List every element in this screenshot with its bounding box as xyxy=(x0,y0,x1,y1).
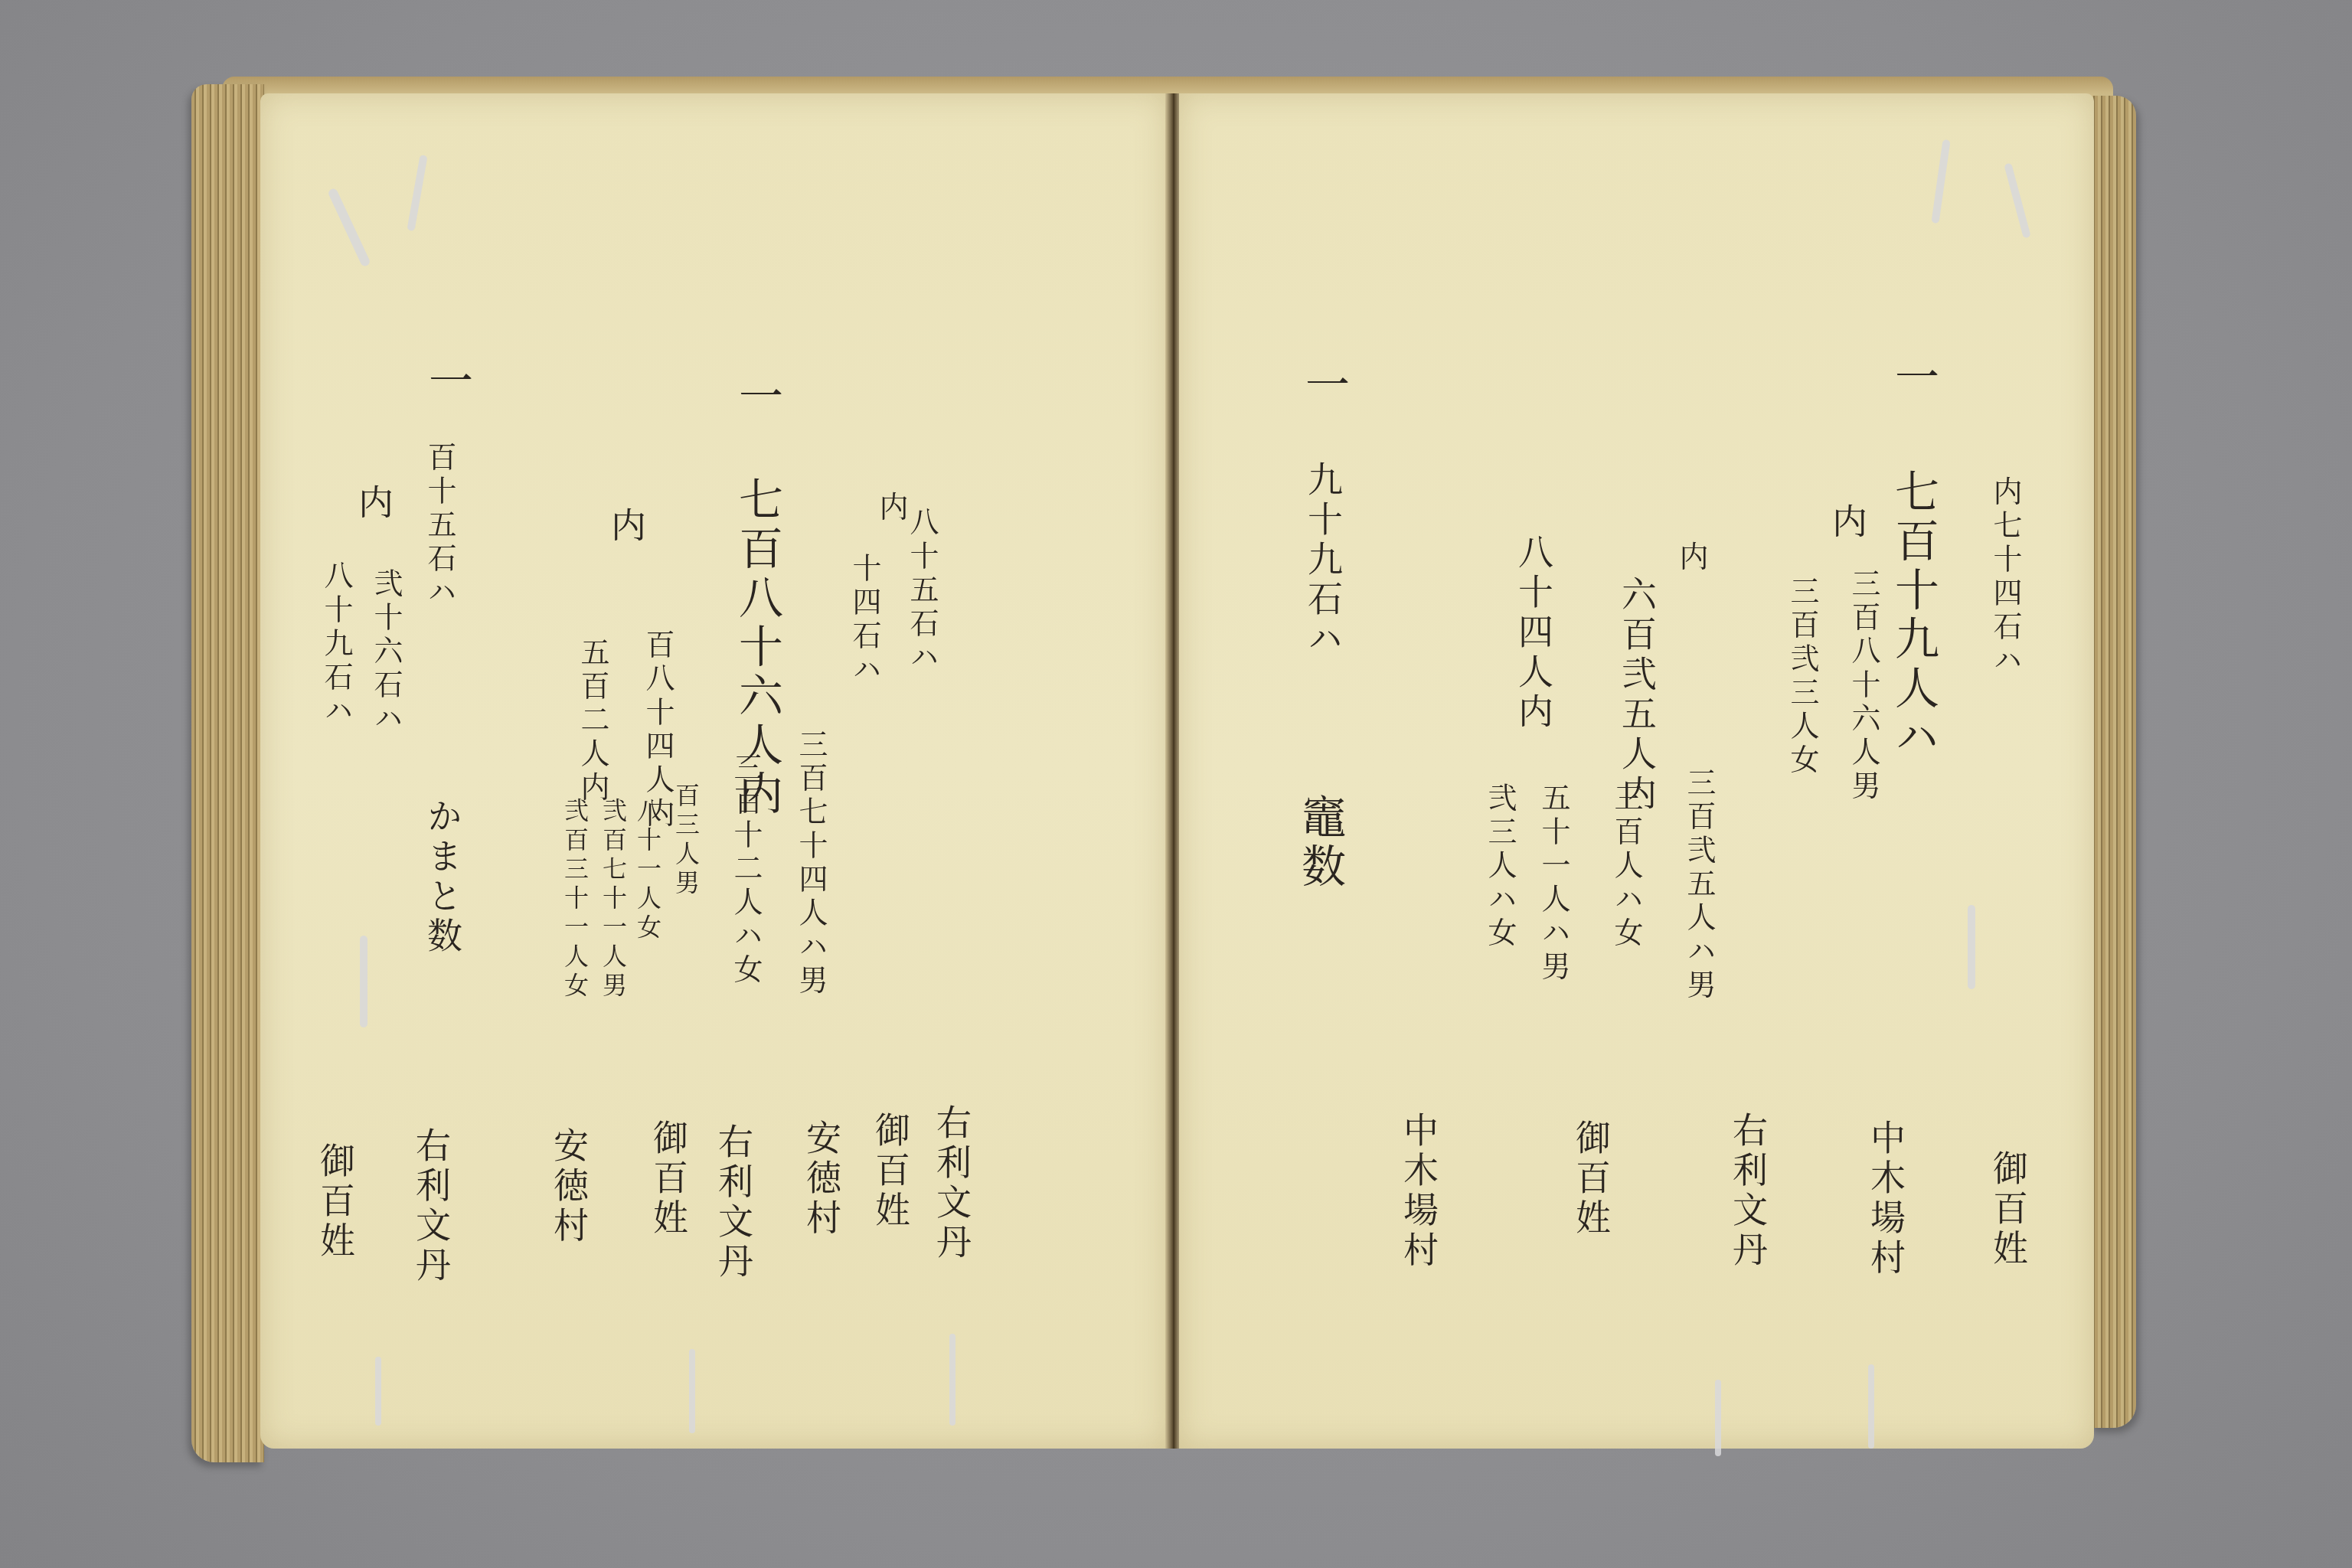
text-column: 八十一人女 xyxy=(635,798,660,943)
footer-column: 御百姓 xyxy=(318,1142,353,1262)
footer-column: 安徳村 xyxy=(804,1119,839,1239)
text-column: 竈数 xyxy=(1298,794,1342,892)
text-column: 弐百三十一人女 xyxy=(563,798,587,1001)
paper-damage xyxy=(327,188,371,268)
text-column: 三百八十六人男 xyxy=(1849,568,1878,804)
footer-column: 中木場村 xyxy=(1868,1119,1903,1279)
text-column: 三百十二人ハ女 xyxy=(731,752,760,988)
text-column: 弐百七十一人男 xyxy=(601,798,626,1001)
paper-damage xyxy=(407,155,427,231)
text-column: 八十九石ハ xyxy=(322,560,351,729)
paper-damage xyxy=(1931,139,1950,224)
text-column: 一 xyxy=(425,358,469,407)
text-column: 内 xyxy=(609,507,644,547)
paper-damage xyxy=(1868,1364,1874,1449)
footer-column: 右利文丹 xyxy=(413,1127,449,1286)
text-column: 六百弐五人内 xyxy=(1619,576,1655,815)
open-book: 八十五石ハ 十四石ハ 内 一 七百八十六人内 三百七十四人ハ男 三百十二人ハ女 … xyxy=(191,77,2136,1470)
text-column: 七百十九人ハ xyxy=(1891,469,1935,763)
text-column: 一 xyxy=(1302,361,1346,410)
text-column: 内七十四石ハ xyxy=(1991,476,2020,678)
text-column: 内 xyxy=(1677,541,1706,575)
text-column: 百十五石ハ xyxy=(425,442,454,610)
paper-damage xyxy=(689,1349,695,1433)
text-column: 一 xyxy=(735,373,779,422)
paper-damage xyxy=(1715,1380,1721,1456)
footer-column: 御百姓 xyxy=(1991,1150,2026,1269)
text-column: 内 xyxy=(356,484,391,524)
paper-damage xyxy=(1968,905,1975,989)
text-column: 三百弐五人ハ男 xyxy=(1684,767,1713,1003)
text-column: 三百弐三人女 xyxy=(1788,576,1817,778)
footer-column: 御百姓 xyxy=(873,1112,908,1231)
text-column: 八十五石ハ xyxy=(907,507,936,675)
footer-column: 御百姓 xyxy=(651,1119,686,1239)
page-stack-right-edge xyxy=(2090,96,2136,1428)
footer-column: 右利文丹 xyxy=(1730,1112,1766,1271)
text-column: 内 xyxy=(1830,503,1865,543)
text-column: 三百人ハ女 xyxy=(1612,782,1641,951)
text-column: 五百二人内 xyxy=(578,637,607,805)
text-column: かまと数 xyxy=(425,798,460,957)
footer-column: 御百姓 xyxy=(1573,1119,1609,1239)
right-page: 内七十四石ハ 一 七百十九人ハ 内 三百八十六人男 三百弐三人女 内 六百弐五人… xyxy=(1179,93,2094,1449)
footer-column: 右利文丹 xyxy=(934,1104,969,1263)
text-column: 九十九石ハ xyxy=(1305,461,1341,660)
footer-column: 安徳村 xyxy=(551,1127,586,1246)
text-column: 五十一人ハ男 xyxy=(1539,782,1568,985)
footer-column: 右利文丹 xyxy=(716,1123,751,1282)
left-page: 八十五石ハ 十四石ハ 内 一 七百八十六人内 三百七十四人ハ男 三百十二人ハ女 … xyxy=(260,93,1168,1449)
paper-damage xyxy=(375,1357,381,1426)
footer-column: 中木場村 xyxy=(1401,1112,1436,1271)
text-column: 百三人男 xyxy=(674,782,698,899)
page-stack-left-edge xyxy=(191,84,264,1462)
text-column: 弐十六石ハ xyxy=(371,568,400,737)
text-column: 八十四人内 xyxy=(1516,534,1551,733)
text-column: 三百七十四人ハ男 xyxy=(796,729,825,998)
text-column: 十四石ハ xyxy=(850,553,879,688)
paper-damage xyxy=(2004,162,2031,238)
text-column: 弐三人ハ女 xyxy=(1485,782,1514,951)
text-column: 内 xyxy=(877,492,906,525)
paper-damage xyxy=(360,936,367,1027)
text-column: 一 xyxy=(1891,354,1935,403)
paper-damage xyxy=(949,1334,955,1426)
